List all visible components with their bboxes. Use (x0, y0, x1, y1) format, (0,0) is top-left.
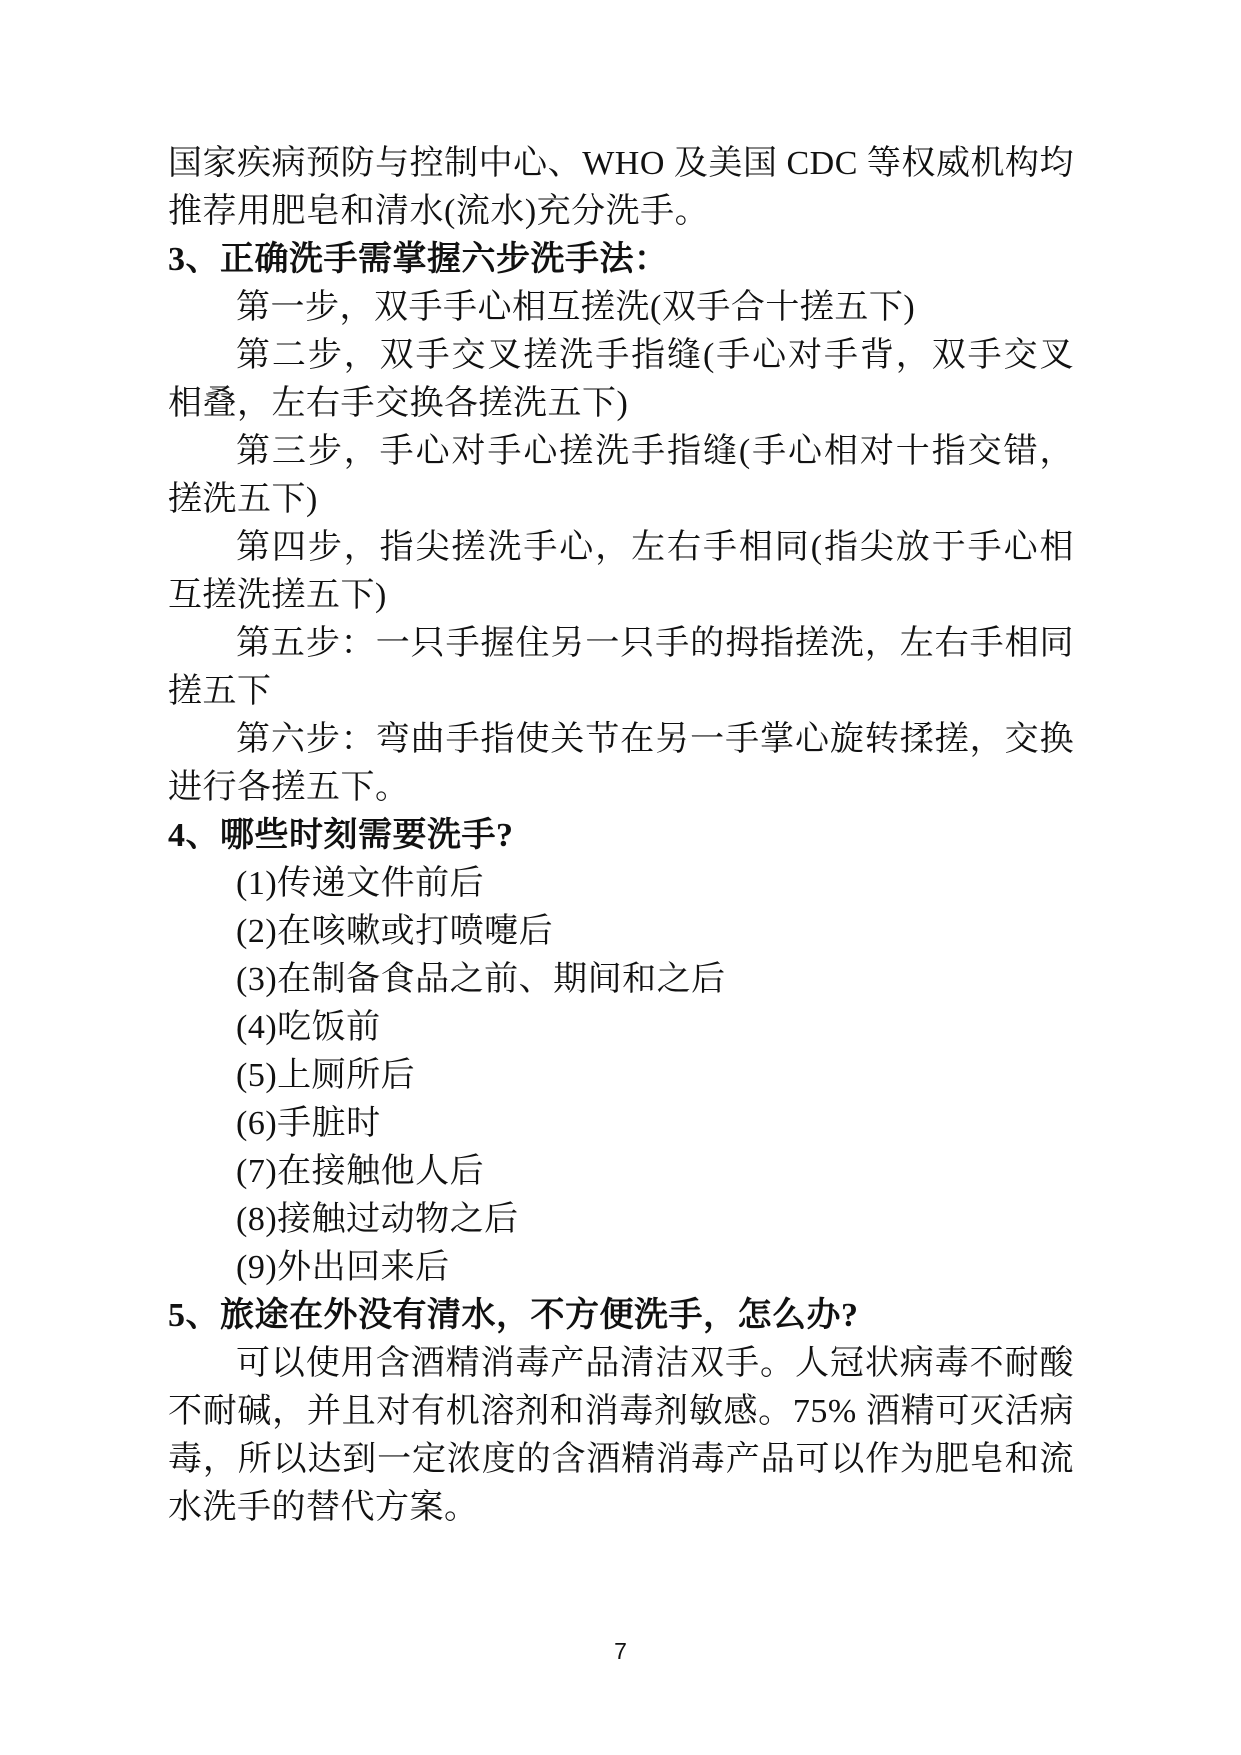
list-item-4: (4)吃饭前 (168, 1004, 1074, 1052)
step-paragraph-3: 第三步，手心对手心搓洗手指缝(手心相对十指交错，搓洗五下) (168, 428, 1074, 524)
step-paragraph-4: 第四步，指尖搓洗手心，左右手相同(指尖放于手心相互搓洗搓五下) (168, 524, 1074, 620)
paragraph-continued: 国家疾病预防与控制中心、WHO 及美国 CDC 等权威机构均推荐用肥皂和清水(流… (168, 140, 1074, 236)
list-item-6: (6)手脏时 (168, 1100, 1074, 1148)
page-number: 7 (0, 1638, 1241, 1665)
step-paragraph-2: 第二步，双手交叉搓洗手指缝(手心对手背，双手交叉相叠，左右手交换各搓洗五下) (168, 332, 1074, 428)
closing-paragraph: 可以使用含酒精消毒产品清洁双手。人冠状病毒不耐酸不耐碱，并且对有机溶剂和消毒剂敏… (168, 1340, 1074, 1532)
list-item-8: (8)接触过动物之后 (168, 1196, 1074, 1244)
section-heading-3: 3、正确洗手需掌握六步洗手法： (168, 236, 1074, 284)
section-heading-4: 4、哪些时刻需要洗手? (168, 812, 1074, 860)
step-paragraph-6: 第六步：弯曲手指使关节在另一手掌心旋转揉搓，交换进行各搓五下。 (168, 716, 1074, 812)
list-item-7: (7)在接触他人后 (168, 1148, 1074, 1196)
step-paragraph-1: 第一步，双手手心相互搓洗(双手合十搓五下) (168, 284, 1074, 332)
list-item-5: (5)上厕所后 (168, 1052, 1074, 1100)
list-item-2: (2)在咳嗽或打喷嚏后 (168, 908, 1074, 956)
document-page: 国家疾病预防与控制中心、WHO 及美国 CDC 等权威机构均推荐用肥皂和清水(流… (0, 0, 1241, 1755)
section-heading-5: 5、旅途在外没有清水，不方便洗手，怎么办? (168, 1292, 1074, 1340)
list-item-9: (9)外出回来后 (168, 1244, 1074, 1292)
list-item-1: (1)传递文件前后 (168, 860, 1074, 908)
step-paragraph-5: 第五步：一只手握住另一只手的拇指搓洗，左右手相同搓五下 (168, 620, 1074, 716)
list-item-3: (3)在制备食品之前、期间和之后 (168, 956, 1074, 1004)
